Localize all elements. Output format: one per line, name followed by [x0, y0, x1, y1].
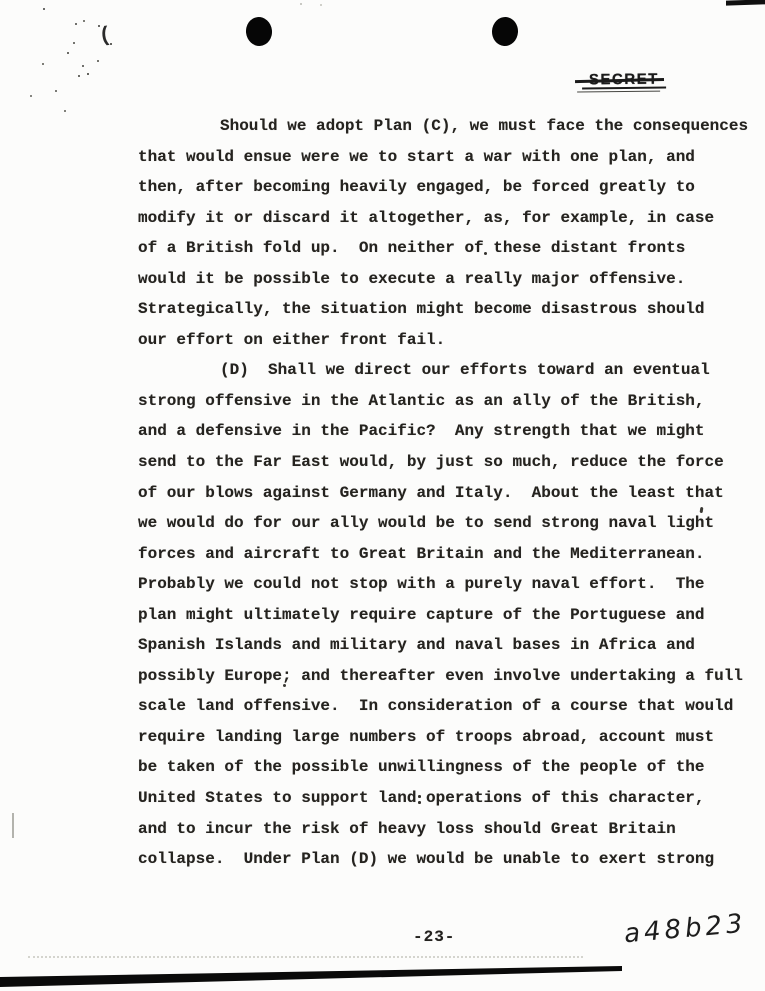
ink-speckles: [43, 8, 45, 10]
text-line: Should we adopt Plan (C), we must face t…: [138, 111, 748, 142]
scanned-document-page: ( SECRET Should we adopt Plan (C), we mu…: [0, 0, 765, 991]
text-line: strong offensive in the Atlantic as an a…: [138, 386, 748, 417]
scan-smudge: [726, 0, 765, 6]
scan-edge-bar: [0, 961, 765, 991]
text-line: our effort on either front fail.: [138, 325, 748, 356]
ink-speck: [484, 252, 487, 255]
stamp-underline: [577, 90, 660, 92]
text-line: Probably we could not stop with a purely…: [138, 569, 748, 600]
text-line: Spanish Islands and military and naval b…: [138, 630, 748, 661]
text-line: of a British fold up. On neither of thes…: [138, 233, 748, 264]
text-line: we would do for our ally would be to sen…: [138, 508, 748, 539]
text-line: (D) Shall we direct our efforts toward a…: [138, 355, 748, 386]
text-line: and a defensive in the Pacific? Any stre…: [138, 416, 748, 447]
text-line: would it be possible to execute a really…: [138, 264, 748, 295]
stray-bracket-mark: (: [98, 24, 113, 48]
text-line: scale land offensive. In consideration o…: [138, 691, 748, 722]
margin-fold-mark: [12, 813, 14, 838]
text-line: Strategically, the situation might becom…: [138, 294, 748, 325]
classification-stamp: SECRET: [589, 71, 659, 89]
scan-dotted-line: [28, 956, 583, 958]
page-number: -23-: [413, 928, 455, 946]
text-line: send to the Far East would, by just so m…: [138, 447, 748, 478]
hole-punch-icon: [245, 16, 274, 48]
text-line: modify it or discard it altogether, as, …: [138, 203, 748, 234]
text-line: plan might ultimately require capture of…: [138, 600, 748, 631]
stamp-underline: [582, 87, 666, 90]
ink-speck: [418, 795, 421, 798]
hole-punch-icon: [491, 16, 519, 47]
text-line: forces and aircraft to Great Britain and…: [138, 539, 748, 570]
text-line: and to incur the risk of heavy loss shou…: [138, 814, 748, 845]
text-line: possibly Europe; and thereafter even inv…: [138, 661, 748, 692]
text-line: then, after becoming heavily engaged, be…: [138, 172, 748, 203]
text-line: require landing large numbers of troops …: [138, 722, 748, 753]
text-line: United States to support land operations…: [138, 783, 748, 814]
ink-speck: [283, 684, 286, 687]
text-line: that would ensue were we to start a war …: [138, 142, 748, 173]
document-body: Should we adopt Plan (C), we must face t…: [138, 111, 748, 875]
handwritten-annotation: a48b23: [623, 909, 748, 950]
text-line: collapse. Under Plan (D) we would be una…: [138, 844, 748, 875]
text-line: of our blows against Germany and Italy. …: [138, 478, 748, 509]
text-line: be taken of the possible unwillingness o…: [138, 752, 748, 783]
